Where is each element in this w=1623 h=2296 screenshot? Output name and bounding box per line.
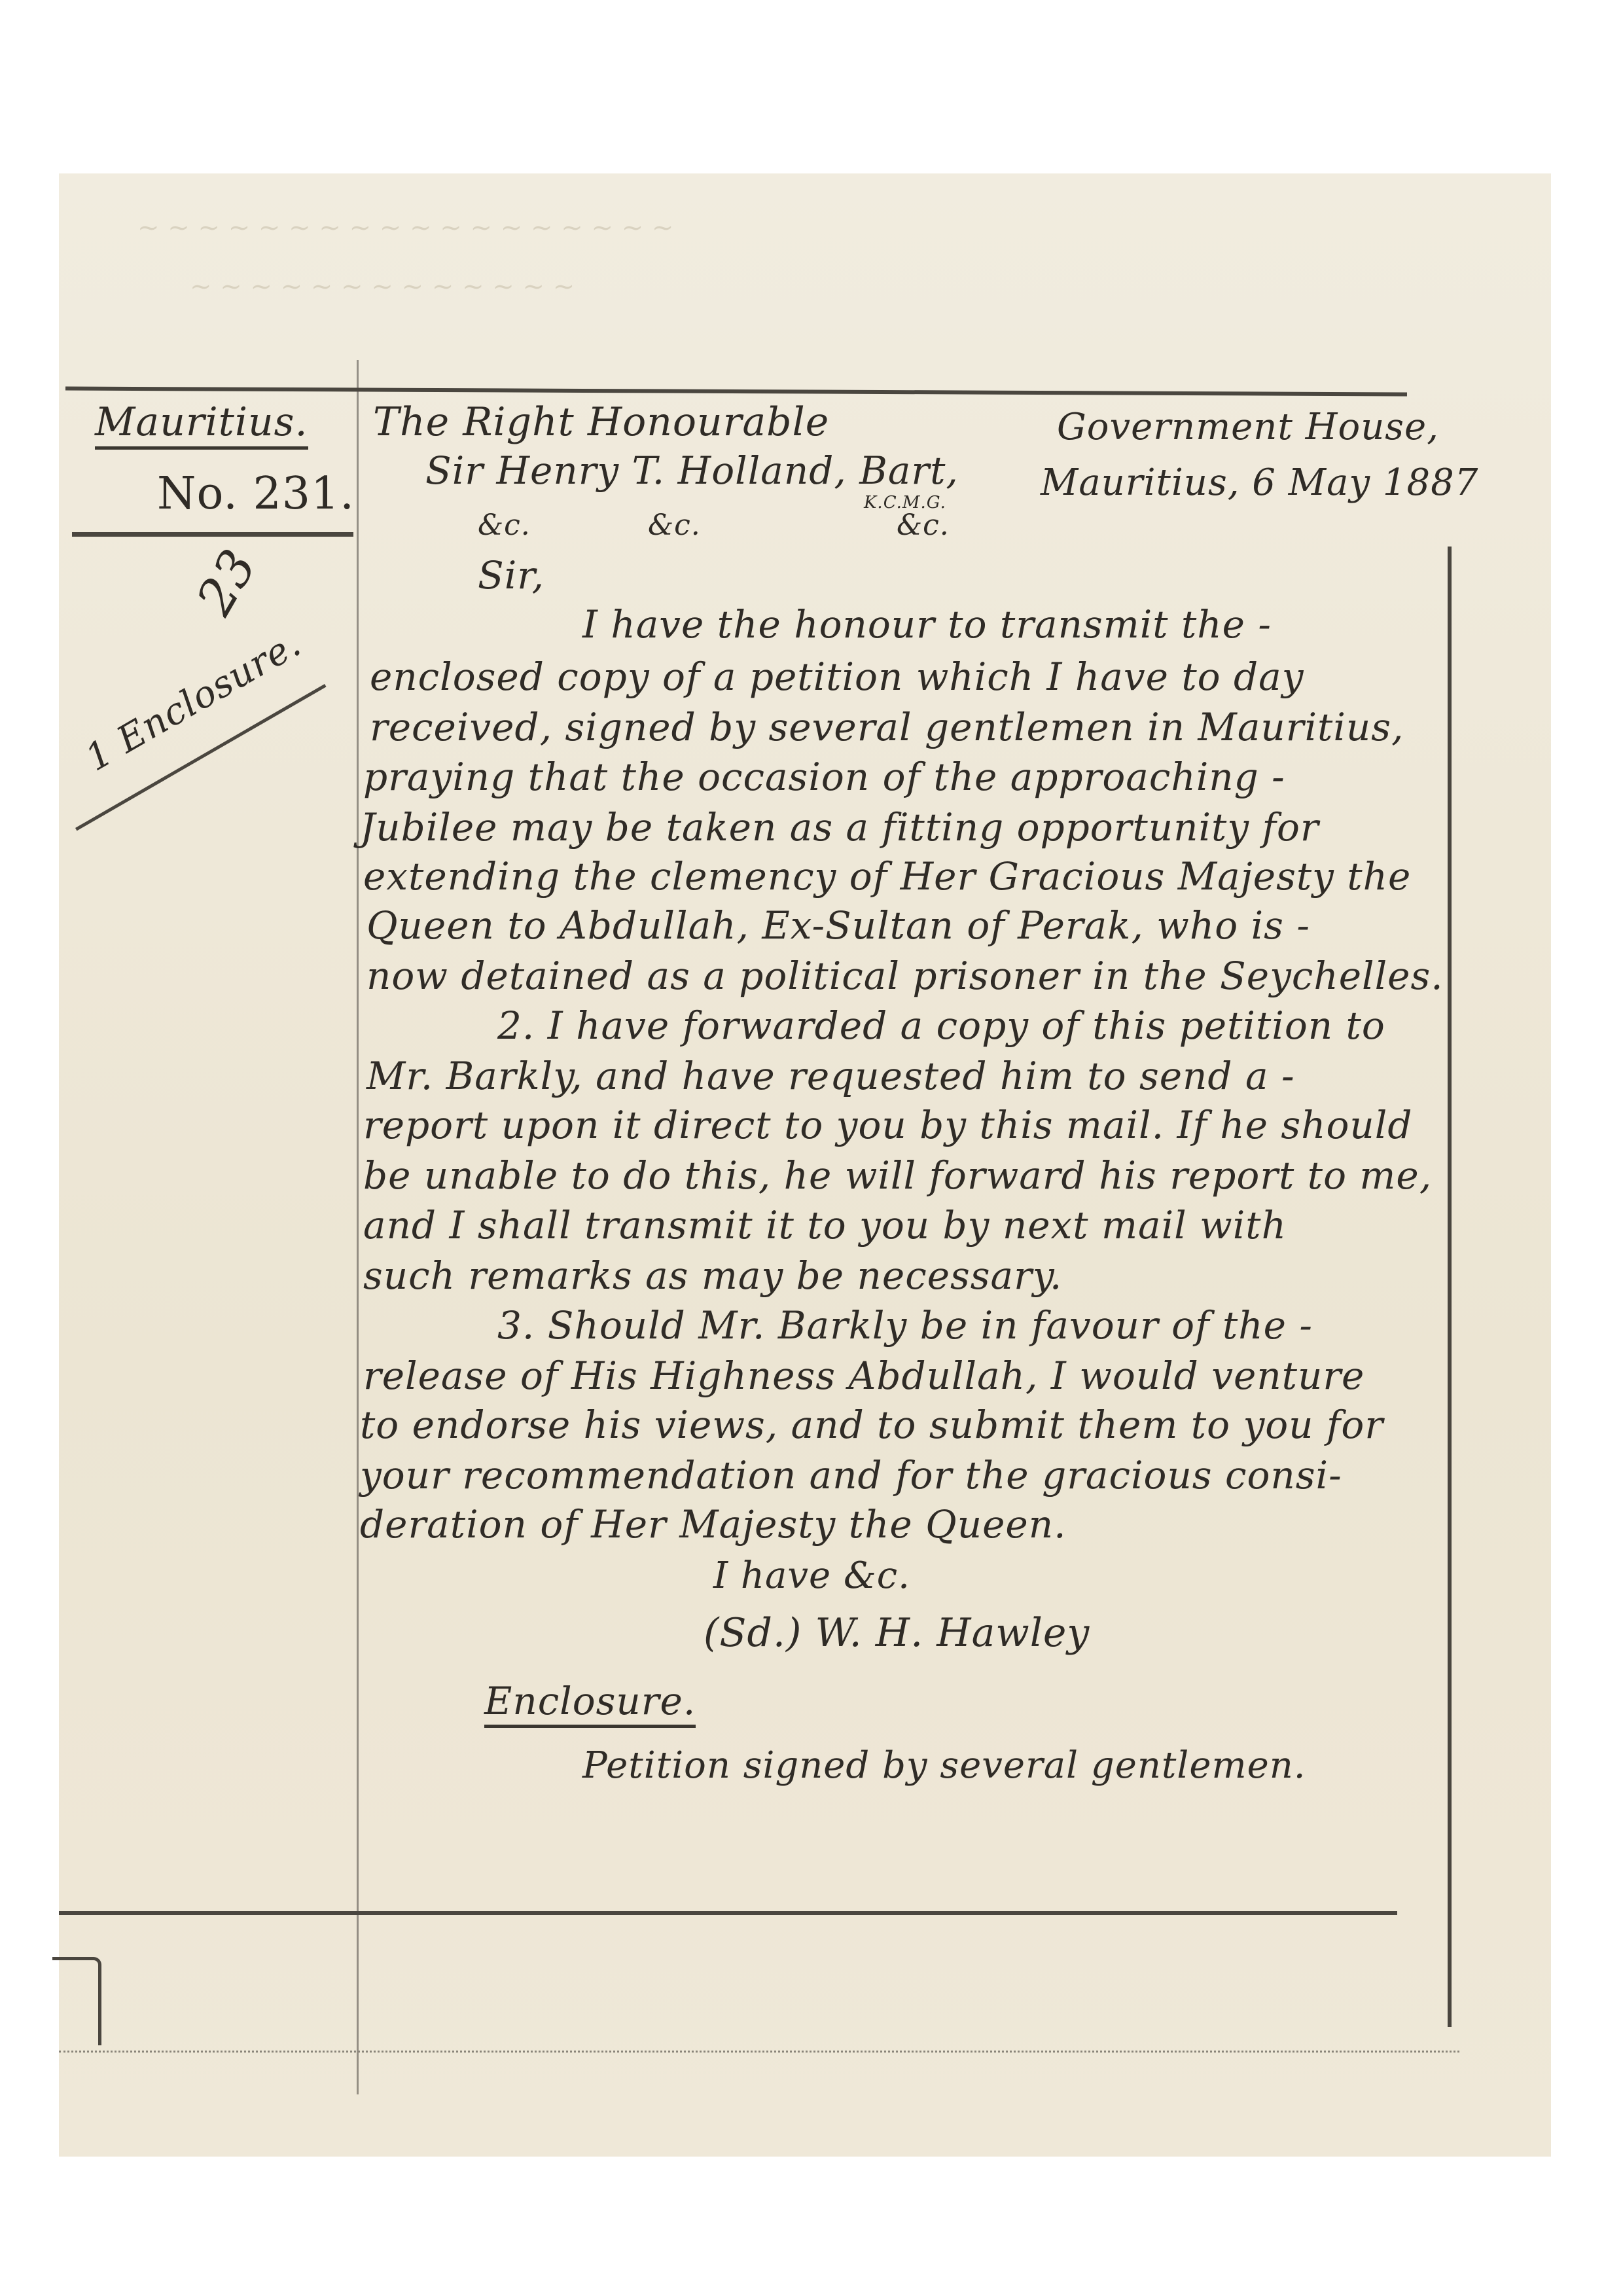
body-line: I have the honour to transmit the -	[582, 602, 1272, 647]
margin-number-rule	[72, 532, 353, 537]
footer-dotted-line	[59, 2051, 1459, 2053]
right-border-rule	[1448, 547, 1452, 2027]
margin-enclosure-label: 1 Enclosure.	[79, 622, 308, 780]
corner-bracket	[52, 1957, 101, 2045]
body-line: received, signed by several gentlemen in…	[370, 705, 1404, 749]
body-line: Mr. Barkly, and have requested him to se…	[366, 1054, 1295, 1098]
body-line: Jubilee may be taken as a fitting opport…	[360, 805, 1319, 850]
addressee-etc-3: &c.	[897, 509, 950, 542]
signature: (Sd.) W. H. Hawley	[704, 1610, 1090, 1656]
addressee-line-2: Sir Henry T. Holland, Bart,	[425, 448, 959, 493]
enclosure-heading: Enclosure.	[484, 1679, 696, 1728]
header-rule	[65, 387, 1407, 397]
addressee-etc-2: &c.	[648, 509, 701, 542]
sender-address-line-1: Government House,	[1057, 406, 1439, 448]
salutation: Sir,	[478, 553, 544, 598]
body-line: such remarks as may be necessary.	[363, 1253, 1062, 1298]
body-line: to endorse his views, and to submit them…	[360, 1403, 1383, 1447]
bleed-through-text: ~ ~ ~ ~ ~ ~ ~ ~ ~ ~ ~ ~ ~	[190, 272, 575, 302]
body-line: deration of Her Majesty the Queen.	[360, 1502, 1067, 1547]
margin-colony: Mauritius.	[95, 399, 308, 450]
margin-annotation-number: 23	[185, 539, 268, 624]
sender-address-date: Mauritius, 6 May 1887	[1041, 461, 1478, 504]
margin-divider	[357, 360, 359, 2094]
addressee-etc-1: &c.	[478, 509, 531, 542]
margin-enclosure-note: 1 Enclosure.	[79, 622, 308, 780]
document-page: ~ ~ ~ ~ ~ ~ ~ ~ ~ ~ ~ ~ ~ ~ ~ ~ ~ ~ ~ ~ …	[59, 173, 1551, 2157]
margin-despatch-number: No. 231.	[157, 468, 355, 520]
body-line: and I shall transmit it to you by next m…	[363, 1203, 1287, 1247]
enclosure-item: Petition signed by several gentlemen.	[582, 1744, 1306, 1787]
body-line: be unable to do this, he will forward hi…	[363, 1153, 1432, 1198]
addressee-line-1: The Right Honourable	[373, 399, 829, 445]
body-line: 3. Should Mr. Barkly be in favour of the…	[497, 1303, 1313, 1348]
body-line: 2. I have forwarded a copy of this petit…	[497, 1003, 1385, 1048]
body-line: extending the clemency of Her Gracious M…	[363, 854, 1411, 899]
body-line: your recommendation and for the gracious…	[360, 1453, 1342, 1498]
body-line: now detained as a political prisoner in …	[366, 954, 1444, 998]
footer-rule	[59, 1911, 1397, 1915]
bleed-through-text: ~ ~ ~ ~ ~ ~ ~ ~ ~ ~ ~ ~ ~ ~ ~ ~ ~ ~	[137, 213, 673, 243]
body-line: report upon it direct to you by this mai…	[363, 1103, 1412, 1147]
body-line: praying that the occasion of the approac…	[363, 755, 1285, 799]
body-line: enclosed copy of a petition which I have…	[370, 655, 1304, 699]
closing: I have &c.	[713, 1554, 910, 1597]
body-line: release of His Highness Abdullah, I woul…	[363, 1354, 1364, 1398]
body-line: Queen to Abdullah, Ex-Sultan of Perak, w…	[366, 903, 1310, 948]
